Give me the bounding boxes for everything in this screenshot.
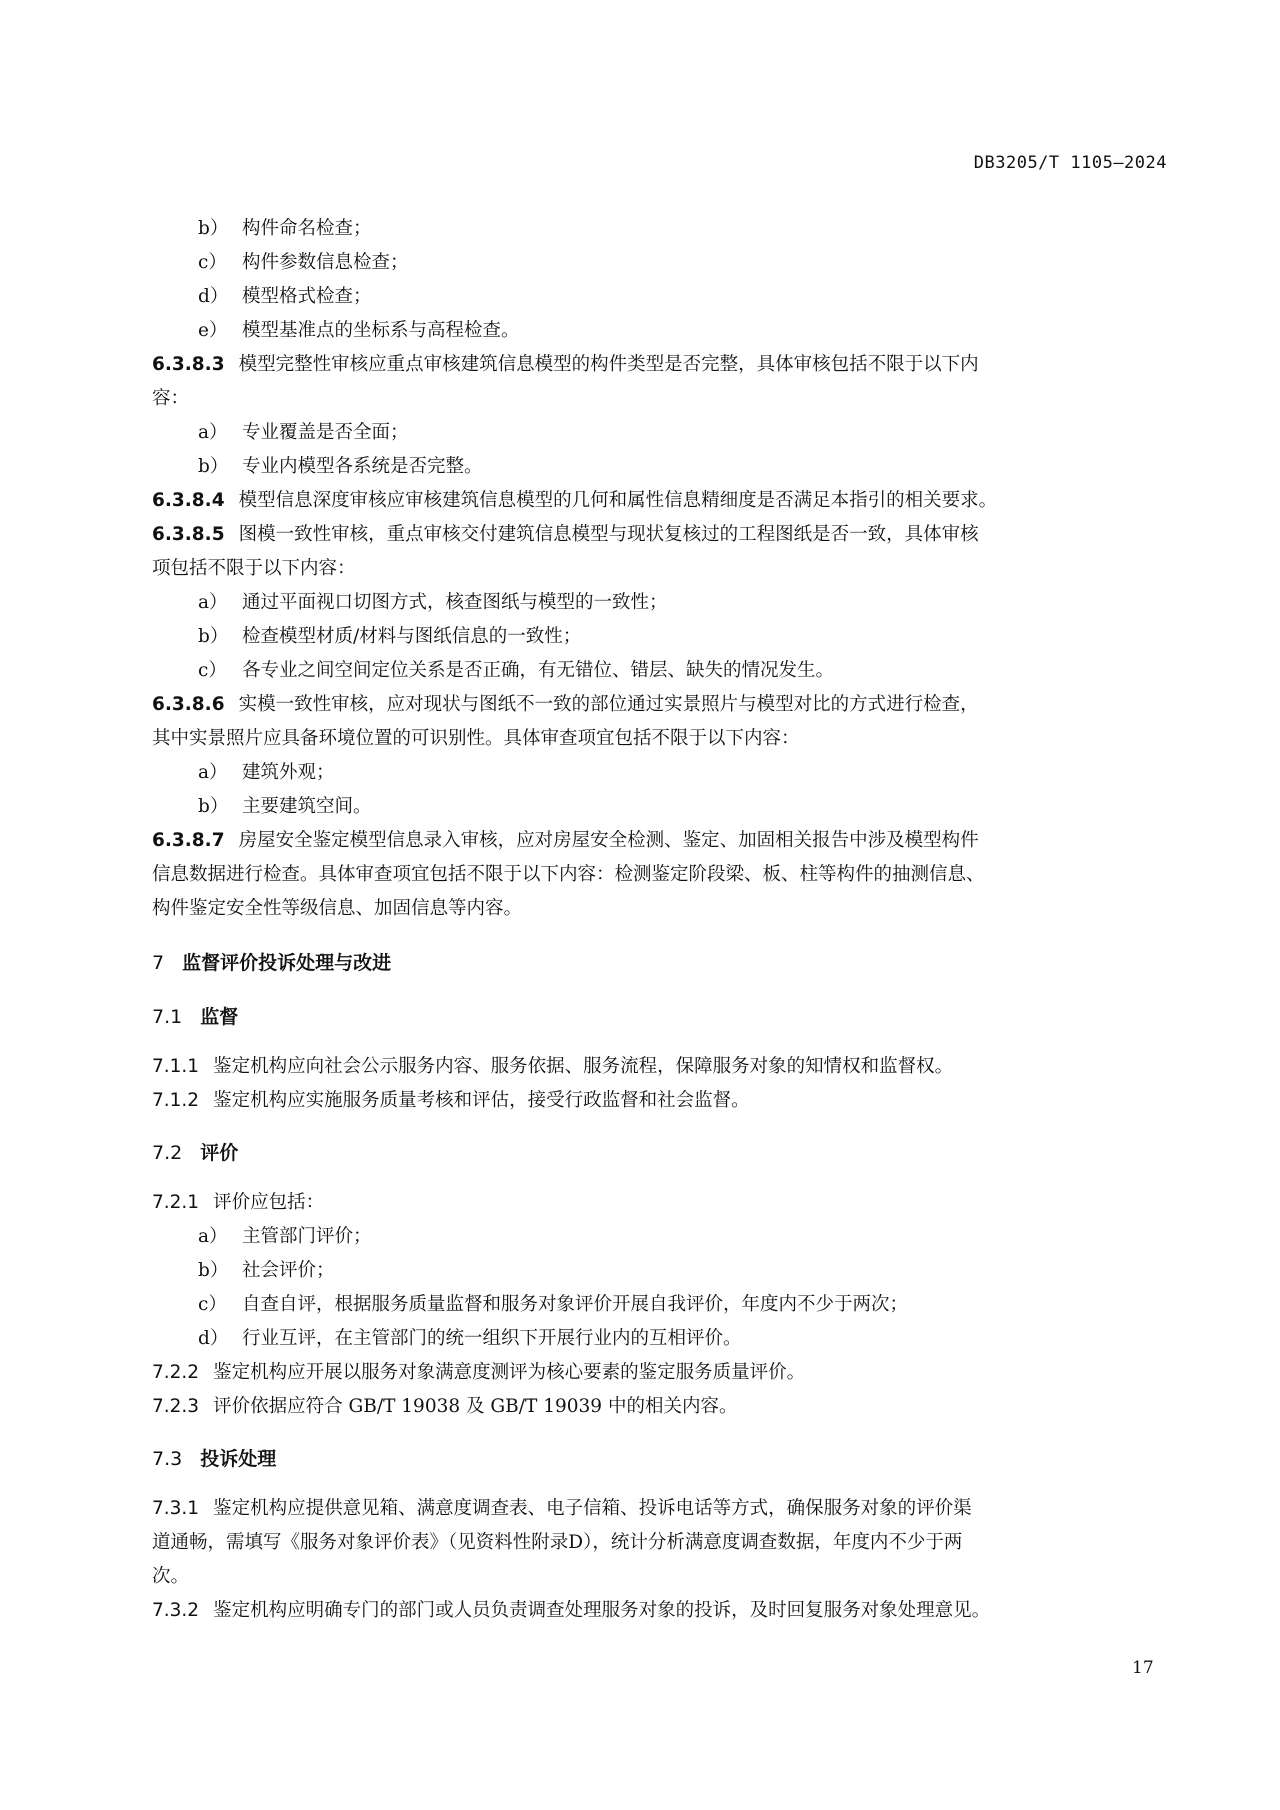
list-item: c）自查自评，根据服务质量监督和服务对象评价开展自我评价，年度内不少于两次； [152, 1288, 1167, 1322]
clause-6-3-8-7: 6.3.8.7房屋安全鉴定模型信息录入审核，应对房屋安全检测、鉴定、加固相关报告… [152, 824, 1167, 858]
clause-number: 6.3.8.4 [152, 490, 225, 511]
clause-number: 7.2.2 [152, 1362, 199, 1383]
clause-text-continuation: 容： [152, 382, 1167, 416]
list-text: 主管部门评价； [242, 1226, 372, 1247]
list-label: d） [198, 1322, 242, 1356]
list-text: 各专业之间空间定位关系是否正确，有无错位、错层、缺失的情况发生。 [242, 660, 834, 681]
clause-text-continuation: 构件鉴定安全性等级信息、加固信息等内容。 [152, 892, 1167, 926]
list-label: c） [198, 1288, 242, 1322]
section-number: 7.3 [152, 1448, 182, 1470]
clause-text: 鉴定机构应明确专门的部门或人员负责调查处理服务对象的投诉，及时回复服务对象处理意… [213, 1600, 990, 1621]
list-item: a）通过平面视口切图方式，核查图纸与模型的一致性； [152, 586, 1167, 620]
list-text: 社会评价； [242, 1260, 335, 1281]
clause-7-2-1: 7.2.1评价应包括： [152, 1186, 1167, 1220]
list-item: c）构件参数信息检查； [152, 246, 1167, 280]
section-heading-7-1: 7.1监督 [152, 1000, 1167, 1034]
clause-number: 7.1.1 [152, 1056, 199, 1077]
clause-6-3-8-4: 6.3.8.4模型信息深度审核应审核建筑信息模型的几何和属性信息精细度是否满足本… [152, 484, 1167, 518]
list-item: b）主要建筑空间。 [152, 790, 1167, 824]
list-item: b）检查模型材质/材料与图纸信息的一致性； [152, 620, 1167, 654]
list-item: a）主管部门评价； [152, 1220, 1167, 1254]
list-text: 模型基准点的坐标系与高程检查。 [242, 320, 520, 341]
list-item: d）模型格式检查； [152, 280, 1167, 314]
list-item: e）模型基准点的坐标系与高程检查。 [152, 314, 1167, 348]
list-item: c）各专业之间空间定位关系是否正确，有无错位、错层、缺失的情况发生。 [152, 654, 1167, 688]
clause-text: 模型完整性审核应重点审核建筑信息模型的构件类型是否完整，具体审核包括不限于以下内 [239, 354, 979, 375]
clause-number: 6.3.8.7 [152, 830, 225, 851]
list-label: a） [198, 756, 242, 790]
section-title: 监督评价投诉处理与改进 [182, 952, 391, 974]
clause-text: 鉴定机构应实施服务质量考核和评估，接受行政监督和社会监督。 [213, 1090, 750, 1111]
list-text: 构件命名检查； [242, 218, 372, 239]
clause-text-continuation: 项包括不限于以下内容： [152, 552, 1167, 586]
clause-text: 实模一致性审核，应对现状与图纸不一致的部位通过实景照片与模型对比的方式进行检查， [239, 694, 979, 715]
clause-text-continuation: 信息数据进行检查。具体审查项宜包括不限于以下内容：检测鉴定阶段梁、板、柱等构件的… [152, 858, 1167, 892]
list-item: d）行业互评，在主管部门的统一组织下开展行业内的互相评价。 [152, 1322, 1167, 1356]
list-label: b） [198, 790, 242, 824]
clause-text: 鉴定机构应提供意见箱、满意度调查表、电子信箱、投诉电话等方式，确保服务对象的评价… [213, 1498, 972, 1519]
list-label: b） [198, 620, 242, 654]
list-text: 自查自评，根据服务质量监督和服务对象评价开展自我评价，年度内不少于两次； [242, 1294, 908, 1315]
clause-text-continuation: 道通畅，需填写《服务对象评价表》（见资料性附录D），统计分析满意度调查数据，年度… [152, 1526, 1167, 1560]
list-label: a） [198, 1220, 242, 1254]
section-title: 评价 [200, 1142, 238, 1164]
clause-number: 7.2.3 [152, 1396, 199, 1417]
clause-number: 7.2.1 [152, 1192, 199, 1213]
list-item: b）构件命名检查； [152, 212, 1167, 246]
clause-6-3-8-6: 6.3.8.6实模一致性审核，应对现状与图纸不一致的部位通过实景照片与模型对比的… [152, 688, 1167, 722]
clause-number: 6.3.8.3 [152, 354, 225, 375]
list-label: b） [198, 212, 242, 246]
clause-number: 7.1.2 [152, 1090, 199, 1111]
list-label: e） [198, 314, 242, 348]
list-item: a）专业覆盖是否全面； [152, 416, 1167, 450]
list-label: a） [198, 416, 242, 450]
clause-text: 评价应包括： [213, 1192, 324, 1213]
clause-7-1-1: 7.1.1鉴定机构应向社会公示服务内容、服务依据、服务流程，保障服务对象的知情权… [152, 1050, 1167, 1084]
list-text: 通过平面视口切图方式，核查图纸与模型的一致性； [242, 592, 668, 613]
section-title: 监督 [200, 1006, 238, 1028]
clause-7-2-3: 7.2.3评价依据应符合 GB/T 19038 及 GB/T 19039 中的相… [152, 1390, 1167, 1424]
section-heading-7-3: 7.3投诉处理 [152, 1442, 1167, 1476]
clause-text-continuation: 次。 [152, 1560, 1167, 1594]
clause-7-3-1: 7.3.1鉴定机构应提供意见箱、满意度调查表、电子信箱、投诉电话等方式，确保服务… [152, 1492, 1167, 1526]
section-heading-7-2: 7.2评价 [152, 1136, 1167, 1170]
section-number: 7.2 [152, 1142, 182, 1164]
list-text: 专业覆盖是否全面； [242, 422, 409, 443]
list-text: 构件参数信息检查； [242, 252, 409, 273]
clause-text: 评价依据应符合 GB/T 19038 及 GB/T 19039 中的相关内容。 [213, 1396, 737, 1417]
list-item: b）专业内模型各系统是否完整。 [152, 450, 1167, 484]
section-title: 投诉处理 [200, 1448, 276, 1470]
clause-number: 7.3.2 [152, 1600, 199, 1621]
section-number: 7.1 [152, 1006, 182, 1028]
list-text: 行业互评，在主管部门的统一组织下开展行业内的互相评价。 [242, 1328, 742, 1349]
standard-code: DB3205/T 1105—2024 [974, 153, 1167, 173]
list-text: 专业内模型各系统是否完整。 [242, 456, 483, 477]
list-label: a） [198, 586, 242, 620]
clause-7-3-2: 7.3.2鉴定机构应明确专门的部门或人员负责调查处理服务对象的投诉，及时回复服务… [152, 1594, 1167, 1628]
clause-text: 房屋安全鉴定模型信息录入审核，应对房屋安全检测、鉴定、加固相关报告中涉及模型构件 [239, 830, 979, 851]
list-label: b） [198, 1254, 242, 1288]
clause-7-1-2: 7.1.2鉴定机构应实施服务质量考核和评估，接受行政监督和社会监督。 [152, 1084, 1167, 1118]
document-body: b）构件命名检查； c）构件参数信息检查； d）模型格式检查； e）模型基准点的… [152, 212, 1167, 1628]
clause-number: 6.3.8.6 [152, 694, 225, 715]
list-text: 主要建筑空间。 [242, 796, 372, 817]
clause-7-2-2: 7.2.2鉴定机构应开展以服务对象满意度测评为核心要素的鉴定服务质量评价。 [152, 1356, 1167, 1390]
list-text: 建筑外观； [242, 762, 335, 783]
list-label: b） [198, 450, 242, 484]
page-number: 17 [1132, 1658, 1154, 1678]
clause-text: 鉴定机构应开展以服务对象满意度测评为核心要素的鉴定服务质量评价。 [213, 1362, 805, 1383]
clause-6-3-8-3: 6.3.8.3模型完整性审核应重点审核建筑信息模型的构件类型是否完整，具体审核包… [152, 348, 1167, 382]
clause-text: 图模一致性审核，重点审核交付建筑信息模型与现状复核过的工程图纸是否一致，具体审核 [239, 524, 979, 545]
list-label: c） [198, 654, 242, 688]
clause-text: 模型信息深度审核应审核建筑信息模型的几何和属性信息精细度是否满足本指引的相关要求… [239, 490, 998, 511]
list-label: c） [198, 246, 242, 280]
section-number: 7 [152, 952, 164, 974]
section-heading-7: 7监督评价投诉处理与改进 [152, 946, 1167, 980]
list-label: d） [198, 280, 242, 314]
clause-text: 鉴定机构应向社会公示服务内容、服务依据、服务流程，保障服务对象的知情权和监督权。 [213, 1056, 953, 1077]
list-text: 检查模型材质/材料与图纸信息的一致性； [242, 626, 581, 647]
list-item: b）社会评价； [152, 1254, 1167, 1288]
clause-6-3-8-5: 6.3.8.5图模一致性审核，重点审核交付建筑信息模型与现状复核过的工程图纸是否… [152, 518, 1167, 552]
clause-number: 7.3.1 [152, 1498, 199, 1519]
clause-number: 6.3.8.5 [152, 524, 225, 545]
clause-text-continuation: 其中实景照片应具备环境位置的可识别性。具体审查项宜包括不限于以下内容： [152, 722, 1167, 756]
list-text: 模型格式检查； [242, 286, 372, 307]
list-item: a）建筑外观； [152, 756, 1167, 790]
